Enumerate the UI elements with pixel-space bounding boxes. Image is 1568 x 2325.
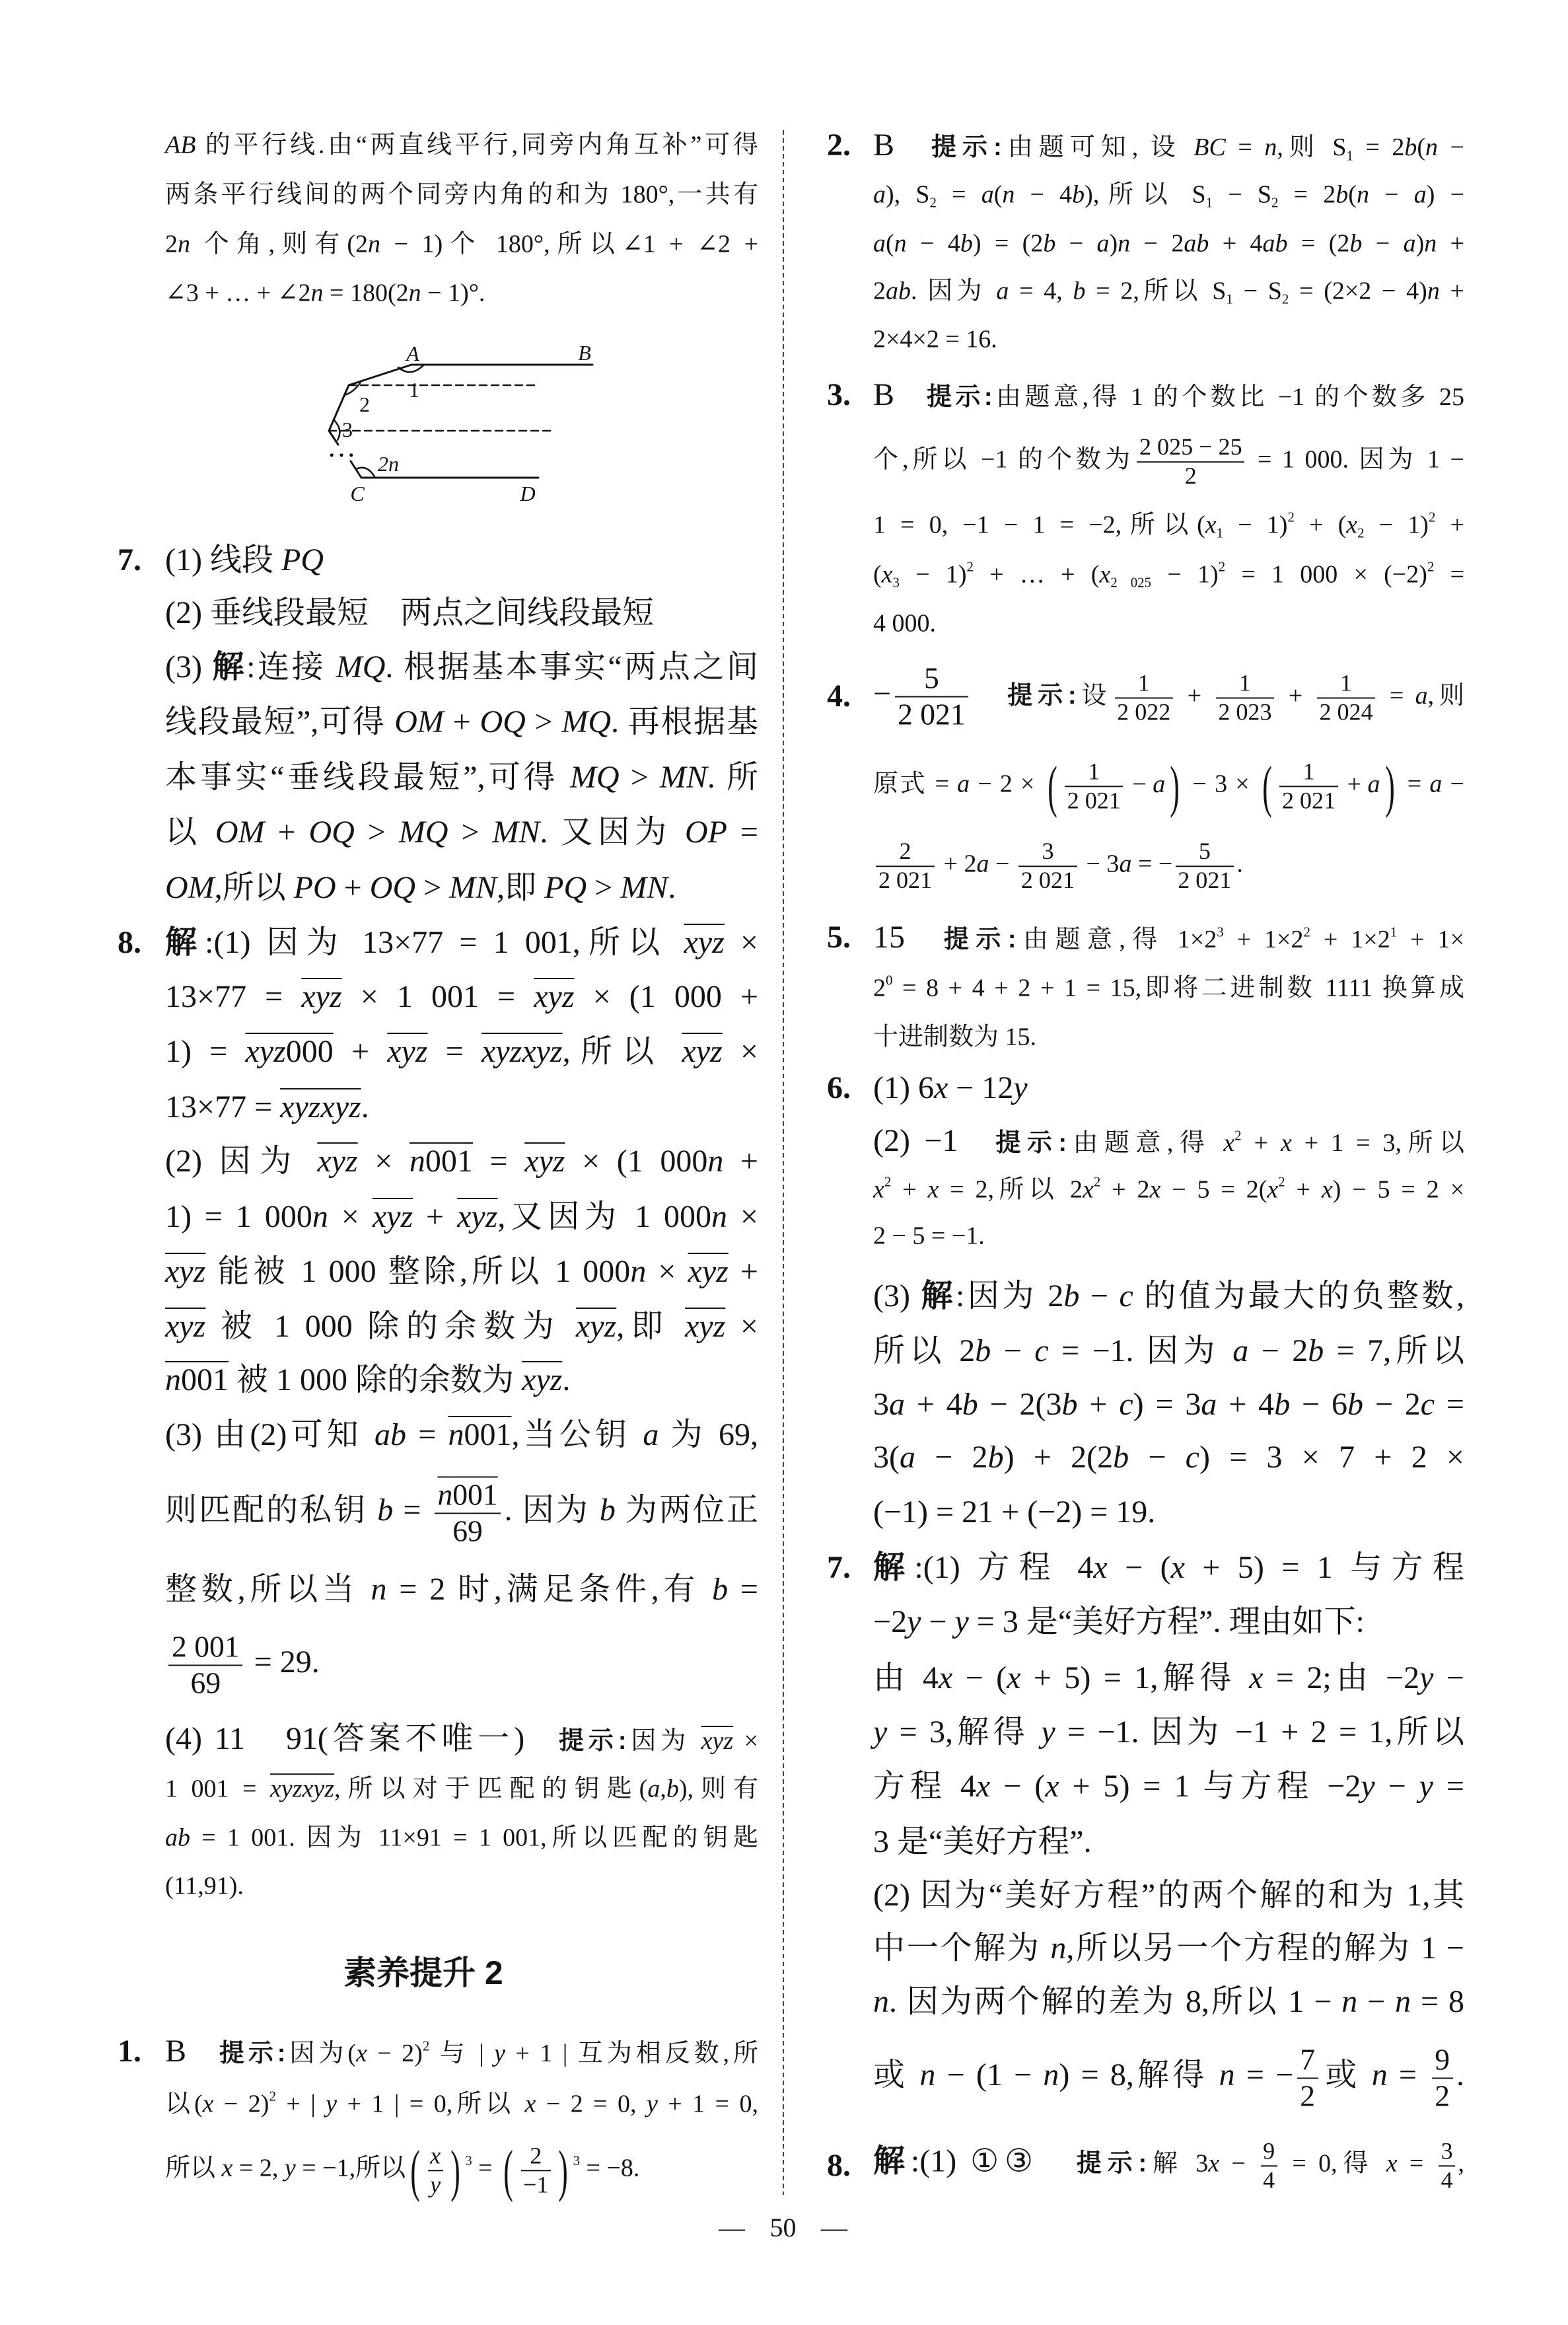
math-variable: xyz: [301, 979, 341, 1014]
fraction: 32 021: [1018, 838, 1077, 894]
math-variable: a: [1153, 770, 1165, 798]
question-number: 5.: [827, 922, 851, 953]
math-variable: x: [928, 1175, 939, 1203]
bold-keyword: 解: [873, 1550, 914, 1585]
fraction: 12 021: [1279, 758, 1337, 814]
q8-solution-line: 解:(1) ①③ 提示:解 3x − 94 = 0,得 x = 34,: [873, 2138, 1464, 2193]
q2-hint-line: 2ab. 因为 a = 4, b = 2,所以 S1 − S2 = (2×2 −…: [873, 276, 1464, 307]
paren-body: 12 021 + a: [1277, 758, 1380, 814]
math-variable: c: [1119, 1387, 1133, 1422]
overlined-expression: xyz: [165, 1309, 205, 1344]
numerator: n001: [435, 1479, 501, 1514]
overlined-expression: xyz: [457, 1199, 497, 1234]
overlined-expression: xyz: [522, 1362, 562, 1397]
overlined-expression: xyz: [576, 1309, 616, 1344]
math-variable: n: [711, 1199, 727, 1234]
math-variable: OP: [685, 815, 727, 850]
math-variable: OQ: [480, 704, 525, 739]
bold-keyword: 解: [213, 649, 247, 684]
denominator: 2 021: [1065, 787, 1123, 814]
math-variable: MQ: [336, 649, 386, 684]
page-number: — 50 —: [719, 2215, 847, 2241]
answer-text: 15: [873, 920, 905, 955]
math-variable: x: [1150, 1175, 1161, 1203]
math-variable: b: [1404, 133, 1417, 161]
overlined-expression: xyz: [165, 1254, 205, 1289]
q8-solution-line: n001 被 1 000 除的余数为 xyz.: [165, 1360, 758, 1400]
point-label-a: A: [405, 342, 419, 365]
math-variable: n: [919, 2057, 935, 2092]
denominator: 2 021: [876, 867, 934, 894]
numerator: 1: [1216, 671, 1274, 699]
math-variable: x: [882, 560, 893, 588]
math-variable: a: [1368, 770, 1380, 798]
superscript: 1: [1390, 924, 1397, 940]
large-parentheses: (xy): [406, 2141, 465, 2199]
hint-label: 提示:: [559, 1727, 626, 1755]
fraction: xy: [428, 2143, 443, 2198]
math-variable: xyz: [387, 1034, 427, 1069]
math-variable: n: [165, 1362, 181, 1397]
math-variable: x: [1205, 511, 1217, 538]
q7-solution-line: 中一个解为 n,所以另一个方程的解为 1 −: [873, 1929, 1464, 1968]
math-variable: PQ: [281, 542, 324, 577]
q7-solution-line: 解:(1) 方程 4x − (x + 5) = 1 与方程: [873, 1548, 1464, 1588]
s2-q1-line: 所以 x = 2, y = −1,所以(xy)3 = (2−1)3 = −8.: [165, 2141, 758, 2199]
math-variable: xyz: [685, 1309, 725, 1344]
math-variable: xyz: [682, 1034, 722, 1069]
q2-hint-line: B 提示:由题可知, 设 BC = n,则 S1 = 2b(n −: [873, 126, 1464, 165]
q7-solution-line: −2y − y = 3 是“美好方程”. 理由如下:: [873, 1602, 1464, 1642]
math-variable: ab: [1263, 229, 1288, 257]
math-variable: BC: [1194, 133, 1226, 161]
question-number: 6.: [827, 1072, 851, 1104]
subscript: 2: [1357, 525, 1364, 541]
fraction: n00169: [435, 1479, 501, 1548]
math-variable: MN: [492, 815, 540, 850]
math-variable: b: [666, 1775, 679, 1802]
q7-answer-line: (1) 线段 PQ: [165, 540, 758, 580]
math-variable: x: [1171, 1550, 1185, 1585]
q7-solution-line: 或 n − (1 − n) = 8,解得 n = −72或 n = 92.: [873, 2044, 1464, 2113]
paren-body: 12 021 − a: [1062, 758, 1166, 814]
math-variable: x: [1208, 2150, 1219, 2178]
math-variable: xyz: [165, 1254, 205, 1289]
bold-keyword: 解: [921, 1278, 956, 1313]
math-variable: xyzxyz: [270, 1775, 334, 1802]
denominator: 2 021: [1279, 787, 1337, 814]
math-variable: OM: [394, 704, 444, 739]
fraction: 12 021: [1065, 758, 1123, 814]
paren-body: xy: [425, 2143, 446, 2198]
denominator: 2 021: [1176, 867, 1234, 894]
math-variable: b: [1063, 1278, 1079, 1313]
ellipsis-label: …: [327, 431, 356, 463]
q6-solution-line: 3a + 4b − 2(3b + c) = 3a + 4b − 6b − 2c …: [873, 1385, 1464, 1424]
math-variable: a: [647, 1775, 660, 1802]
right-paren: ): [559, 2141, 569, 2199]
q3-hint-line: B 提示:由题意,得 1 的个数比 −1 的个数多 25: [873, 375, 1464, 415]
page-number-dash-right: —: [821, 2215, 847, 2241]
fraction: 2 00169: [168, 1631, 242, 1700]
q7-solution-line: (3) 解:连接 MQ. 根据基本事实“两点之间: [165, 647, 758, 687]
math-variable: xyz: [576, 1309, 616, 1344]
math-variable: a: [1201, 1387, 1217, 1422]
q8-solution-line: 13×77 = xyzxyz.: [165, 1088, 758, 1127]
math-variable: y: [1419, 1660, 1433, 1695]
math-variable: n: [1002, 180, 1015, 208]
hint-label: 提示:: [944, 926, 1016, 953]
math-variable: x: [873, 1175, 884, 1203]
overlined-expression: xyz: [387, 1034, 427, 1069]
math-variable: a: [1097, 229, 1110, 257]
superscript: 2: [1219, 559, 1225, 575]
overlined-expression: n001: [437, 1478, 497, 1512]
math-variable: b: [377, 1493, 393, 1528]
q6-hint-line: AB 的平行线.由“两直线平行,同旁内角互补”可得: [165, 129, 758, 161]
superscript: 2: [1234, 1127, 1241, 1143]
angle-label-2n: 2n: [378, 452, 399, 476]
fraction: 52 021: [1176, 838, 1234, 894]
q8-solution-line: 整数,所以当 n = 2 时,满足条件,有 b =: [165, 1570, 758, 1609]
q6-hint-line: ∠3 + … + ∠2n = 180(2n − 1)°.: [165, 277, 758, 309]
q2-hint-line: a(n − 4b) = (2b − a)n − 2ab + 4ab = (2b …: [873, 228, 1464, 260]
math-variable: xyz: [524, 1144, 565, 1179]
subscript: 1: [1217, 525, 1223, 541]
math-variable: n: [409, 279, 421, 307]
numerator: 2 001: [168, 1631, 242, 1666]
math-variable: b: [1072, 180, 1085, 208]
question-number: 8.: [827, 2150, 851, 2182]
math-variable: ab: [374, 1417, 406, 1452]
math-variable: a: [1404, 229, 1416, 257]
math-variable: OQ: [308, 815, 354, 850]
q7-solution-line: 线段最短”,可得 OM + OQ > MQ. 再根据基: [165, 702, 758, 742]
math-variable: a: [977, 850, 989, 878]
math-variable: y: [1041, 1715, 1055, 1750]
math-variable: n: [311, 279, 324, 307]
page-number-dash-left: —: [719, 2215, 745, 2241]
math-variable: b: [988, 1440, 1004, 1475]
math-variable: a: [957, 770, 970, 798]
point-label-c: C: [350, 482, 365, 505]
superscript: 2: [423, 2038, 429, 2053]
math-variable: a: [900, 1440, 915, 1475]
numerator: x: [428, 2143, 443, 2171]
subscript: 2: [1282, 291, 1289, 307]
math-variable: n: [1424, 229, 1437, 257]
q7-solution-line: 3 是“美好方程”.: [873, 1822, 1464, 1862]
math-variable: xyzxyz: [481, 1034, 563, 1069]
overlined-expression: xyz: [317, 1144, 357, 1179]
q4-hint-line: 22 021 + 2a − 32 021 − 3a = −52 021.: [873, 838, 1464, 894]
math-variable: MQ: [561, 704, 611, 739]
numerator: 1: [1115, 671, 1173, 699]
q4-hint-line: 原式 = a − 2 × (12 021 − a) − 3 × (12 021 …: [873, 757, 1464, 815]
q8-solution-line: xyz 被 1 000 除的余数为 xyz,即 xyz ×: [165, 1307, 758, 1347]
math-variable: a: [996, 277, 1009, 305]
math-variable: b: [975, 1333, 991, 1368]
subscript: 3: [893, 575, 900, 591]
math-variable: PQ: [544, 870, 587, 905]
q7-solution-line: 方程 4x − (x + 5) = 1 与方程 −2y − y =: [873, 1767, 1464, 1806]
math-variable: xyz: [373, 1199, 413, 1234]
fraction: 52 021: [895, 662, 969, 731]
math-variable: y: [1013, 1070, 1027, 1105]
paren-body: 2−1: [518, 2143, 553, 2198]
fraction: 2 025 − 252: [1137, 434, 1244, 490]
math-variable: b: [962, 1387, 978, 1422]
q5-hint-line: 十进制数为 15.: [873, 1021, 1464, 1053]
math-variable: y: [1361, 1769, 1374, 1804]
subscript: 1: [1226, 291, 1232, 307]
question-number: 7.: [118, 544, 141, 576]
question-number: 7.: [827, 1552, 851, 1584]
q7-solution-line: n. 因为两个解的差为 8,所以 1 − n − n = 8: [873, 1982, 1464, 2022]
q7-solution-line: y = 3,解得 y = −1. 因为 −1 + 2 = 1,所以: [873, 1713, 1464, 1752]
overlined-expression: xyz: [684, 925, 724, 960]
q6-solution-line: (−1) = 21 + (−2) = 19.: [873, 1493, 1464, 1532]
question-number: 1.: [118, 2036, 141, 2067]
denominator: −1: [521, 2171, 552, 2198]
math-variable: y: [285, 2155, 296, 2182]
math-variable: x: [1007, 1660, 1020, 1695]
left-paren: (: [503, 2141, 513, 2199]
math-variable: a: [889, 1387, 905, 1422]
numerator: 2: [876, 838, 934, 867]
q6-hint-line: (2) −1 提示:由题意,得 x2 + x + 1 = 3,所以: [873, 1121, 1464, 1161]
q6-solution-line: 3(a − 2b) + 2(2b − c) = 3 × 7 + 2 ×: [873, 1438, 1464, 1477]
large-parentheses: (12 021 + a): [1258, 757, 1400, 815]
denominator: 2 021: [1018, 867, 1077, 894]
hint-label: 提示:: [931, 133, 1002, 161]
math-variable: y: [1419, 1769, 1433, 1804]
numerator: 9: [1261, 2138, 1277, 2166]
denominator: y: [428, 2171, 443, 2198]
answer-text: B: [873, 377, 894, 412]
left-paren: (: [1048, 757, 1057, 815]
math-variable: n: [894, 229, 907, 257]
superscript: 2: [1303, 924, 1310, 940]
math-variable: x: [525, 2090, 536, 2118]
superscript: 3: [465, 2153, 472, 2168]
math-variable: x: [976, 1769, 990, 1804]
q8-solution-line: (3) 由(2)可知 ab = n001,当公钥 a 为 69,: [165, 1415, 758, 1455]
q6-hint-line: 两条平行线间的两个同旁内角的和为 180°,一共有: [165, 179, 758, 211]
math-variable: x: [1346, 511, 1357, 538]
denominator: 2: [1432, 2079, 1453, 2113]
overlined-expression: n001: [165, 1362, 229, 1397]
math-variable: n: [1118, 229, 1130, 257]
denominator: 69: [435, 1514, 501, 1548]
math-variable: xyzxyz: [280, 1089, 361, 1125]
q8-solution-line: 1) = xyz000 + xyz = xyzxyz,所以 xyz ×: [165, 1032, 758, 1072]
math-variable: x: [1099, 560, 1110, 588]
math-variable: y: [494, 2040, 505, 2067]
overlined-expression: xyz: [373, 1199, 413, 1234]
math-variable: x: [1093, 1550, 1107, 1585]
q2-hint-line: a), S2 = a(n − 4b),所以 S1 − S2 = 2b(n − a…: [873, 179, 1464, 211]
superscript: 2: [1427, 559, 1434, 575]
hint-text: 提示:解 3x − 94 = 0,得 x = 34,: [1077, 2150, 1464, 2178]
math-variable: b: [1308, 1333, 1324, 1368]
superscript: 2: [1278, 1174, 1285, 1190]
denominator: 2 022: [1115, 698, 1173, 725]
math-variable: xyz: [684, 925, 724, 960]
superscript: 3: [1217, 924, 1223, 940]
math-variable: a: [1429, 770, 1442, 798]
hint-label: 提示:: [1077, 2150, 1147, 2178]
q3-hint-line: 1 = 0, −1 − 1 = −2,所以(x1 − 1)2 + (x2 − 1…: [873, 509, 1464, 541]
q8-solution-line: 解:(1) 因为 13×77 = 1 001,所以 xyz ×: [165, 923, 758, 963]
answer-key-page: AB 的平行线.由“两直线平行,同旁内角互补”可得 两条平行线间的两个同旁内角的…: [0, 0, 1568, 2325]
q8-solution-line: (2) 因为 xyz × n001 = xyz × (1 000n +: [165, 1142, 758, 1181]
question-number: 2.: [827, 129, 851, 161]
overlined-expression: n001: [410, 1144, 473, 1179]
math-variable: n: [1425, 133, 1438, 161]
math-variable: b: [1043, 229, 1055, 257]
left-paren: (: [410, 2141, 420, 2199]
q8-solution-line: 2 00169 = 29.: [165, 1631, 758, 1700]
math-variable: n: [448, 1417, 464, 1452]
q5-hint-line: 20 = 8 + 4 + 2 + 1 = 15,即将二进制数 1111 换算成: [873, 973, 1464, 1004]
q7-solution-line: 由 4x − (x + 5) = 1,解得 x = 2;由 −2y −: [873, 1658, 1464, 1698]
fraction: 34: [1439, 2138, 1455, 2193]
math-variable: x: [1386, 2150, 1398, 2178]
hint-label: 提示:: [995, 1129, 1067, 1157]
math-variable: c: [1421, 1387, 1435, 1422]
overlined-expression: n001: [448, 1417, 511, 1452]
math-variable: x: [1083, 1175, 1094, 1203]
math-variable: n: [1357, 180, 1369, 208]
fraction: 22 021: [876, 838, 934, 894]
s2-q1-line: B 提示:因为(x − 2)2 与 | y + 1 | 互为相反数,所: [165, 2032, 758, 2071]
q6-hint-line: x2 + x = 2,所以 2x2 + 2x − 5 = 2(x2 + x) −…: [873, 1174, 1464, 1206]
column-divider: [783, 130, 784, 2195]
math-variable: x: [1249, 1660, 1263, 1695]
math-variable: b: [600, 1493, 616, 1528]
math-variable: n: [1264, 133, 1277, 161]
q6-solution-line: 所以 2b − c = −1. 因为 a − 2b = 7,所以: [873, 1331, 1464, 1371]
math-variable: n: [707, 1144, 723, 1179]
q8-solution-line: 13×77 = xyz × 1 001 = xyz × (1 000 +: [165, 977, 758, 1017]
superscript: 2: [1287, 509, 1294, 525]
q4-hint-line: −52 021 提示:设12 022 + 12 023 + 12 024 = a…: [873, 662, 1464, 731]
q8-part4-hint-line: (11,91).: [165, 1870, 758, 1902]
large-parentheses: (12 021 − a): [1043, 757, 1185, 815]
q8-solution-line: 则匹配的私钥 b = n00169. 因为 b 为两位正: [165, 1479, 758, 1548]
superscript: 2: [884, 1174, 891, 1190]
math-variable: MQ: [399, 815, 448, 850]
hint-label: 提示:: [219, 2040, 286, 2067]
math-variable: y: [430, 2171, 441, 2197]
denominator: 4: [1261, 2166, 1277, 2194]
fraction: 12 023: [1216, 671, 1274, 726]
superscript: 3: [573, 2153, 580, 2168]
answer-text: (4) 11 91(答案不唯一): [165, 1721, 524, 1756]
fraction: 12 024: [1317, 671, 1375, 726]
math-variable: n: [410, 1144, 425, 1179]
q5-hint-line: 15 提示:由题意,得 1×23 + 1×22 + 1×21 + 1×: [873, 918, 1464, 957]
math-variable: c: [1034, 1333, 1048, 1368]
superscript: 2: [269, 2088, 275, 2104]
numerator: 3: [1018, 838, 1077, 867]
math-variable: b: [1349, 229, 1362, 257]
math-variable: x: [356, 2040, 367, 2067]
q7-solution-line: 以 OM + OQ > MQ > MN. 又因为 OP =: [165, 813, 758, 852]
question-number: 3.: [827, 379, 851, 411]
math-variable: x: [430, 2142, 441, 2168]
right-paren: ): [450, 2141, 460, 2199]
math-variable: y: [873, 1715, 887, 1750]
math-variable: b: [712, 1572, 728, 1607]
numerator: 7: [1297, 2044, 1318, 2079]
math-variable: MN: [620, 870, 668, 905]
question-number: 4.: [827, 681, 851, 712]
math-variable: OM: [165, 870, 215, 905]
overlined-expression: xyz: [301, 979, 341, 1014]
math-variable: b: [960, 229, 973, 257]
q6-hint-line: 2 − 5 = −1.: [873, 1220, 1464, 1252]
angle-label-2: 2: [359, 392, 370, 416]
math-variable: ab: [886, 277, 911, 305]
math-variable: b: [1347, 1387, 1363, 1422]
math-variable: a: [873, 229, 886, 257]
q8-part4-hint-line: ab = 1 001. 因为 11×91 = 1 001,所以匹配的钥匙: [165, 1822, 758, 1854]
math-variable: b: [1073, 277, 1086, 305]
math-variable: b: [1274, 1387, 1290, 1422]
hint-label: 提示:: [927, 383, 993, 411]
denominator: 2 021: [895, 697, 969, 731]
fraction: 2−1: [521, 2143, 552, 2198]
math-variable: x: [1281, 1129, 1292, 1157]
math-variable: xyz: [457, 1199, 497, 1234]
superscript: 0: [886, 973, 892, 988]
math-variable: a: [1414, 180, 1427, 208]
math-variable: MQ: [570, 760, 620, 795]
parallel-lines-figure: A B 1 2 3 … 2n C D: [297, 324, 627, 515]
q6-solution-line: (3) 解:因为 2b − c 的值为最大的负整数,: [873, 1276, 1464, 1316]
math-variable: a: [1119, 850, 1131, 878]
math-variable: a: [981, 180, 994, 208]
numerator: 3: [1439, 2138, 1455, 2166]
subscript: 2: [929, 195, 936, 211]
math-variable: n: [178, 230, 190, 258]
answer-text: B: [165, 2034, 186, 2069]
math-variable: xyz: [522, 1362, 562, 1397]
math-variable: n: [371, 1572, 387, 1607]
math-variable: n: [873, 1984, 889, 2019]
denominator: 2 024: [1317, 698, 1375, 725]
math-variable: a: [1232, 1333, 1248, 1368]
subscript: 1: [1346, 147, 1353, 163]
q6-answer-line: (1) 6x − 12y: [873, 1068, 1464, 1108]
subscript: 2 025: [1110, 575, 1151, 591]
numerator: 1: [1279, 758, 1337, 787]
math-variable: n: [1043, 2057, 1059, 2092]
overlined-expression: xyz: [688, 1254, 729, 1289]
angle-label-1: 1: [409, 378, 419, 402]
math-variable: x: [1223, 1129, 1234, 1157]
math-variable: x: [1267, 1175, 1278, 1203]
right-paren: ): [1170, 757, 1180, 815]
hint-label: 提示:: [1007, 682, 1076, 710]
right-paren: ): [1385, 757, 1395, 815]
q8-part4-hint-line: 1 001 = xyzxyz,所以对于匹配的钥匙(a,b),则有: [165, 1773, 758, 1805]
math-variable: OQ: [370, 870, 415, 905]
math-variable: y: [907, 1604, 921, 1639]
q3-hint-line: 4 000.: [873, 608, 1464, 640]
